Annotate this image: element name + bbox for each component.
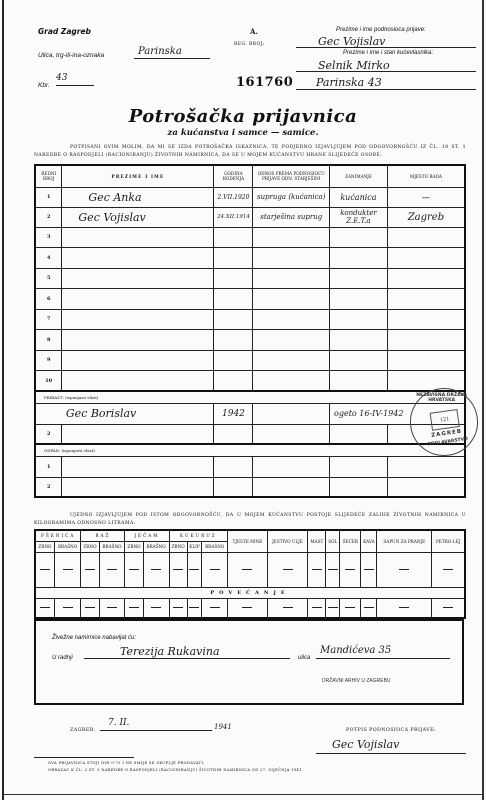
occupation-cell[interactable] [330,227,388,248]
dash-mark [283,569,293,570]
applicant-field[interactable]: Gec Vojislav [296,35,476,48]
page-bottom-edge [4,794,482,795]
persons-header-row: REDNI BROJ PREZIME I IME GODINA RODENJA … [35,165,465,187]
increase-label: POVEĆANJE [35,587,465,598]
supply-cell[interactable] [377,598,432,618]
occupation-cell[interactable] [330,424,388,444]
occupation-cell[interactable] [330,371,388,392]
supply-cell[interactable] [326,598,340,618]
dash-mark [364,607,374,608]
dash-mark [151,569,161,570]
relation-cell[interactable] [253,456,330,477]
dash-mark [283,607,293,608]
born-cell[interactable] [214,268,253,289]
dash-mark [189,569,199,570]
shop-street-label: ulica [298,655,310,661]
footnote-divider [34,757,134,758]
born-cell[interactable] [214,350,253,371]
row-number: 10 [35,371,62,392]
group-barley: JEČAM [125,530,169,541]
landlord-name-field[interactable]: Selnik Mirko [296,59,476,72]
col-kerosene: PETRO-LEJ [432,530,465,552]
name-cell[interactable] [62,330,214,351]
name-cell[interactable] [62,268,214,289]
sub-grain: ZRNO [81,541,99,552]
supply-cell[interactable] [99,598,125,618]
footnote-regulation: OBRAZAC K ČL. 2 ST. 3 NAREDBE O RASPODJE… [48,768,303,772]
ration-application-form: Grad Zagreb Ulica, trg-ili-ina-oznaka Pa… [0,0,486,800]
supply-cell[interactable] [267,598,308,618]
occupation-cell[interactable] [330,330,388,351]
col-header-relation: ODNOS PREMA PODNOSIOCU PRIJAVE ODN. STAR… [253,165,330,187]
supply-cell[interactable] [35,552,54,587]
workplace-cell[interactable] [387,371,465,392]
workplace-cell[interactable] [387,309,465,330]
dash-mark [129,607,139,608]
row-number: 4 [35,248,62,269]
relation-cell[interactable] [253,227,330,248]
person-row: 9 [35,350,465,371]
name-cell[interactable] [62,371,214,392]
dash-mark [443,607,453,608]
row-number: 8 [35,330,62,351]
born-cell[interactable] [214,248,253,269]
row-number: 3 [35,227,62,248]
born-cell[interactable]: 2.VII.1920 [214,187,253,207]
name-cell[interactable]: Gec Anka [62,187,214,207]
row-number: 2 [35,424,62,444]
relation-cell[interactable] [253,248,330,269]
dash-mark [328,569,338,570]
landlord-label: Prezime i ime i stan kućevlasnika: [343,50,433,56]
shop-box: Živežne namirnice nabavljat ću: U radnji… [34,619,464,705]
supply-cell[interactable] [99,552,125,587]
dash-mark [63,569,73,570]
supplies-row [35,552,465,587]
group-corn: KUKURUZ [169,530,228,541]
supply-cell[interactable] [169,598,187,618]
supply-cell[interactable] [432,598,465,618]
city-label: Grad Zagreb [38,27,91,36]
person-row: 6 [35,289,465,310]
supply-cell[interactable] [81,552,99,587]
applicant-label: Prezime i ime podnosioca prijave: [336,27,426,33]
workplace-cell[interactable] [387,330,465,351]
sub-grain: ZRNO [125,541,143,552]
place-label: ZAGREB, [70,728,96,733]
dash-mark [242,607,252,608]
relation-cell[interactable] [253,477,330,497]
col-pasta: TJESTE-NINE [228,530,267,552]
name-cell[interactable] [62,227,214,248]
col-oil: JESTIVO ULJE [267,530,308,552]
col-header-workplace: MJESTO RADA [387,165,465,187]
supply-cell[interactable] [267,552,308,587]
name-cell[interactable]: Gec Borislav [62,403,214,424]
person-row: 10 [35,371,465,392]
supply-cell[interactable] [377,552,432,587]
supply-cell[interactable] [125,598,143,618]
col-salt: SOL [326,530,340,552]
shop-intro: Živežne namirnice nabavljat ću: [52,635,136,641]
born-cell[interactable] [214,371,253,392]
signature-field[interactable]: Gec Vojislav [316,738,466,754]
supply-cell[interactable] [340,598,361,618]
shop-street-field[interactable]: Mandićeva 35 [316,645,450,659]
dash-mark [85,569,95,570]
relation-cell[interactable]: starješina suprug [253,207,330,227]
archive-stamp: DRŽAVNI ARHIV U ZAGREBU [322,678,391,684]
col-header-occupation: ZANIMANJE [330,165,388,187]
dash-mark [399,607,409,608]
increase-section-row: PRIRAST: (ispunjava vlast) [35,391,465,403]
dash-mark [443,569,453,570]
sub-grain: ZRNO [169,541,187,552]
dash-mark [40,607,50,608]
reg-number: 161760 [236,75,293,90]
person-row: 2 Gec Vojislav 24.XII.1914 starješina su… [35,207,465,227]
date-field[interactable]: 7. II. [100,718,212,731]
footnote-price: OVA PRIJAVNICA STOJI DIN 0'75 I NE SMIJE… [48,761,205,765]
supply-cell[interactable] [81,598,99,618]
row-number [35,403,62,424]
supply-cell[interactable] [202,552,228,587]
supply-cell[interactable] [187,552,202,587]
supply-cell[interactable] [228,598,267,618]
dash-mark [312,607,322,608]
born-cell[interactable] [214,477,253,497]
occupation-cell[interactable]: kućanica [330,187,388,207]
sub-flour: BRAŠNO [143,541,169,552]
born-cell[interactable]: 24.XII.1914 [214,207,253,227]
col-lard: MAST [308,530,326,552]
reg-number-label: REG. BROJ: [234,42,265,47]
relation-cell[interactable] [253,268,330,289]
supplies-increase-row [35,598,465,618]
supply-cell[interactable] [326,552,340,587]
name-cell[interactable] [62,350,214,371]
row-number: 5 [35,268,62,289]
relation-cell[interactable] [253,330,330,351]
dash-mark [242,569,252,570]
person-row: 8 [35,330,465,351]
dash-mark [345,607,355,608]
col-coffee: KAVA [361,530,377,552]
supplies-intro-text: UJEDNO IZJAVLJUJEM POD ISTOM ODGOVORNOŠĆ… [34,512,466,528]
col-header-no: REDNI BROJ [35,165,62,187]
supply-cell[interactable] [35,598,54,618]
occupation-cell[interactable] [330,350,388,371]
shop-label: U radnji [52,655,73,661]
persons-table: REDNI BROJ PREZIME I IME GODINA RODENJA … [34,164,466,498]
supply-cell[interactable] [187,598,202,618]
street-label: Ulica, trg-ili-ina-oznaka [38,52,104,59]
form-title: Potrošačka prijavnica [0,106,486,127]
occupation-cell[interactable] [330,268,388,289]
relation-cell[interactable]: supruga (kućanica) [253,187,330,207]
row-number: 9 [35,350,62,371]
name-cell[interactable] [62,477,214,497]
signature-label: POTPIS PODNOSIOCA PRIJAVE: [346,728,436,733]
relation-cell[interactable] [253,371,330,392]
workplace-cell[interactable] [387,456,465,477]
workplace-cell[interactable] [387,477,465,497]
workplace-cell[interactable] [387,289,465,310]
decrease-label: ODPAD: (ispunjava vlast) [35,444,465,456]
name-cell[interactable] [62,424,214,444]
supply-cell[interactable] [143,598,169,618]
dash-mark [173,569,183,570]
intro-text: POTPISANI OVIM MOLIM, DA MI SE IZDA POTR… [34,144,466,160]
stamp-coat-of-arms: 121 [430,409,460,431]
increase-row: 2 [35,424,465,444]
dash-mark [189,607,199,608]
col-sugar: ŠEĆER [340,530,361,552]
col-header-name: PREZIME I IME [62,165,214,187]
workplace-cell[interactable]: — [387,187,465,207]
dash-mark [210,607,220,608]
person-row: 4 [35,248,465,269]
person-row: 7 [35,309,465,330]
name-cell[interactable] [62,456,214,477]
row-number: 2 [35,207,62,227]
increase-header-row: POVEĆANJE [35,587,465,598]
increase-label: PRIRAST: (ispunjava vlast) [35,391,465,403]
row-number: 1 [35,456,62,477]
supply-cell[interactable] [361,552,377,587]
supply-cell[interactable] [169,552,187,587]
col-soap: SAPUN ZA PRANJE [377,530,432,552]
dash-mark [173,607,183,608]
shop-field[interactable]: Terezija Rukavina [84,645,290,659]
born-cell[interactable] [214,289,253,310]
dash-mark [345,569,355,570]
dash-mark [399,569,409,570]
name-cell[interactable] [62,309,214,330]
born-cell[interactable] [214,227,253,248]
dash-mark [40,569,50,570]
person-row: 1 Gec Anka 2.VII.1920 supruga (kućanica)… [35,187,465,207]
relation-cell[interactable] [253,309,330,330]
born-cell[interactable] [214,456,253,477]
house-number-field[interactable]: 43 [56,73,94,86]
decrease-row: 2 [35,477,465,497]
supply-cell[interactable] [54,552,81,587]
sub-flour: BRAŠNO [54,541,81,552]
increase-row: Gec Borislav 1942 ogeto 16-IV-1942 [35,403,465,424]
supply-cell[interactable] [228,552,267,587]
sub-cob: KLIP [187,541,202,552]
relation-cell[interactable] [253,289,330,310]
relation-cell[interactable] [253,424,330,444]
row-number: 7 [35,309,62,330]
year-field[interactable]: 1941 [214,723,232,731]
supply-cell[interactable] [308,598,326,618]
person-row: 3 [35,227,465,248]
group-wheat: PŠENICA [35,530,81,541]
sub-flour: BRAŠNO [202,541,228,552]
supply-cell[interactable] [308,552,326,587]
supply-cell[interactable] [54,598,81,618]
dash-mark [151,607,161,608]
supply-cell[interactable] [143,552,169,587]
dash-mark [129,569,139,570]
house-number-label: Kbr. [38,82,50,89]
col-header-born: GODINA RODENJA [214,165,253,187]
form-subtitle: za kućanstva i samce — samice. [0,128,486,138]
occupation-cell[interactable] [330,248,388,269]
dash-mark [328,607,338,608]
relation-cell[interactable] [253,403,330,424]
occupation-cell[interactable] [330,309,388,330]
person-row: 5 [35,268,465,289]
occupation-cell[interactable] [330,477,388,497]
born-cell[interactable] [214,424,253,444]
landlord-address-field[interactable]: Parinska 43 [296,76,476,90]
row-number: 1 [35,187,62,207]
workplace-cell[interactable]: Zagreb [387,207,465,227]
stamp-top-text: NEZAVISNA DRŽAVA HRVATSKA [414,393,470,403]
occupation-cell[interactable] [330,289,388,310]
sub-grain: ZRNO [35,541,54,552]
supply-cell[interactable] [340,552,361,587]
supply-cell[interactable] [202,598,228,618]
workplace-cell[interactable] [387,268,465,289]
occupation-cell[interactable]: kondukter Z.E.T.a [330,207,388,227]
supply-cell[interactable] [432,552,465,587]
decrease-row: 1 [35,456,465,477]
form-letter: A. [250,27,258,36]
relation-cell[interactable] [253,350,330,371]
dash-mark [210,569,220,570]
decrease-section-row: ODPAD: (ispunjava vlast) [35,444,465,456]
row-number: 2 [35,477,62,497]
group-rye: RAŽ [81,530,125,541]
workplace-cell[interactable] [387,227,465,248]
workplace-cell[interactable] [387,248,465,269]
dash-mark [63,607,73,608]
supply-cell[interactable] [125,552,143,587]
row-number: 6 [35,289,62,310]
dash-mark [85,607,95,608]
born-cell[interactable]: 1942 [214,403,253,424]
dash-mark [364,569,374,570]
supplies-group-header: PŠENICA RAŽ JEČAM KUKURUZ TJESTE-NINE JE… [35,530,465,541]
street-field[interactable]: Parinska [134,46,210,59]
dash-mark [107,569,117,570]
born-cell[interactable] [214,330,253,351]
dash-mark [312,569,322,570]
supplies-table: PŠENICA RAŽ JEČAM KUKURUZ TJESTE-NINE JE… [34,529,466,619]
supply-cell[interactable] [361,598,377,618]
occupation-cell[interactable] [330,456,388,477]
dash-mark [107,607,117,608]
name-cell[interactable] [62,289,214,310]
name-cell[interactable]: Gec Vojislav [62,207,214,227]
name-cell[interactable] [62,248,214,269]
born-cell[interactable] [214,309,253,330]
workplace-cell[interactable] [387,350,465,371]
sub-flour: BRAŠNO [99,541,125,552]
